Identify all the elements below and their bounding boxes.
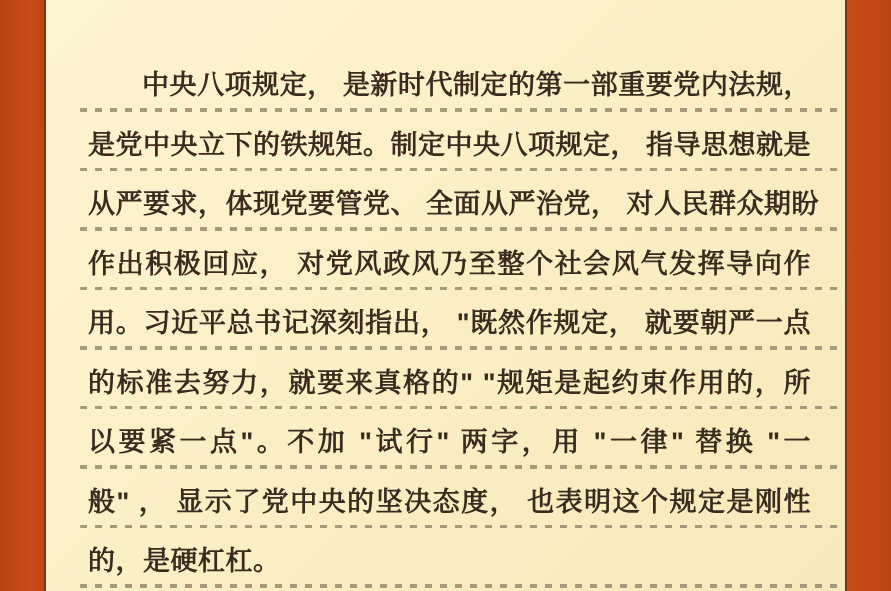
paragraph-line-text: 的，是硬杠杠。 xyxy=(88,539,811,578)
paragraph-line-text: 以要紧一点"。不加 "试行" 两字，用 "一律" 替换 "一 xyxy=(88,420,811,459)
text-line: 的，是硬杠杠。 xyxy=(46,529,845,589)
left-orange-border xyxy=(0,0,46,591)
paragraph-line-text: 从严要求，体现党要管党、 全面从严治党， 对人民群众期盼 xyxy=(88,182,811,221)
dashed-divider xyxy=(80,287,843,291)
paragraph-line-text: 用。习近平总书记深刻指出， "既然作规定， 就要朝严一点 xyxy=(88,301,811,340)
document-page: 中央八项规定， 是新时代制定的第一部重要党内法规， 是党中央立下的铁规矩。制定中… xyxy=(46,0,845,591)
dashed-divider xyxy=(80,584,843,588)
paragraph-line-text: 是党中央立下的铁规矩。制定中央八项规定， 指导思想就是 xyxy=(88,123,811,162)
text-line: 般" ， 显示了党中央的坚决态度， 也表明这个规定是刚性 xyxy=(46,470,845,530)
dashed-divider xyxy=(80,227,843,231)
paragraph-line-text: 中央八项规定， 是新时代制定的第一部重要党内法规， xyxy=(88,63,811,102)
paragraph-line-text: 的标准去努力，就要来真格的" "规矩是起约束作用的，所 xyxy=(88,361,811,400)
dashed-divider xyxy=(80,525,843,529)
text-line: 以要紧一点"。不加 "试行" 两字，用 "一律" 替换 "一 xyxy=(46,410,845,470)
paragraph-line-text: 般" ， 显示了党中央的坚决态度， 也表明这个规定是刚性 xyxy=(88,480,811,519)
paragraph-line-text: 作出积极回应， 对党风政风乃至整个社会风气发挥导向作 xyxy=(88,242,811,281)
dashed-divider xyxy=(80,465,843,469)
dashed-divider xyxy=(80,406,843,410)
dashed-divider xyxy=(80,168,843,172)
dashed-divider xyxy=(80,346,843,350)
dashed-divider xyxy=(80,108,843,112)
text-line: 是党中央立下的铁规矩。制定中央八项规定， 指导思想就是 xyxy=(46,113,845,173)
text-line: 从严要求，体现党要管党、 全面从严治党， 对人民群众期盼 xyxy=(46,172,845,232)
text-line: 作出积极回应， 对党风政风乃至整个社会风气发挥导向作 xyxy=(46,232,845,292)
text-line: 中央八项规定， 是新时代制定的第一部重要党内法规， xyxy=(46,53,845,113)
text-line: 的标准去努力，就要来真格的" "规矩是起约束作用的，所 xyxy=(46,351,845,411)
text-line: 用。习近平总书记深刻指出， "既然作规定， 就要朝严一点 xyxy=(46,291,845,351)
right-orange-border xyxy=(845,0,891,591)
